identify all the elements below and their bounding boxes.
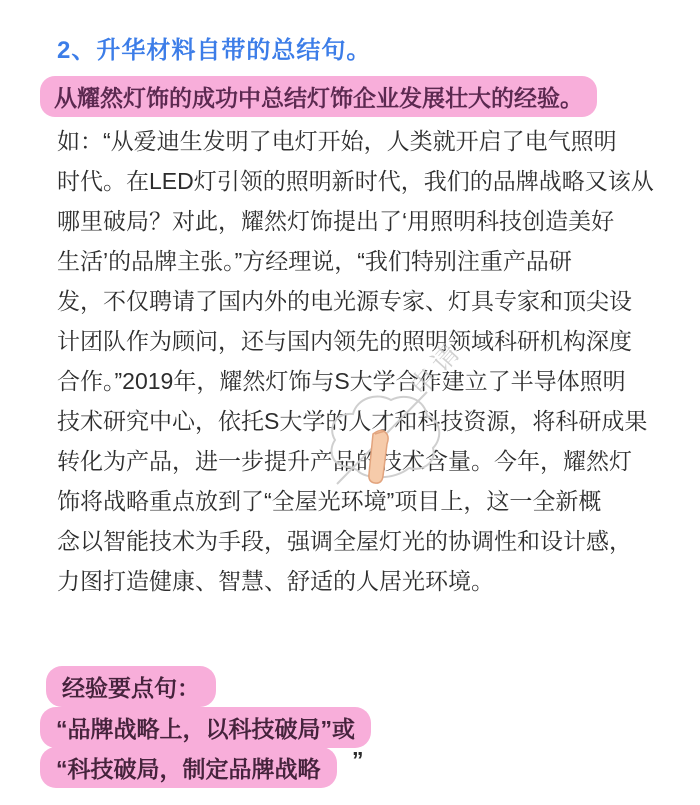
key-point-option-2: “科技破局，制定品牌战略 bbox=[40, 747, 337, 788]
section-heading: 2、升华材料自带的总结句。 bbox=[57, 30, 371, 65]
paragraph-line: 合作。”2019年，耀然灯饰与S大学合作建立了半导体照明 bbox=[57, 361, 654, 401]
paragraph-line: 技术研究中心，依托S大学的人才和科技资源，将科研成果 bbox=[57, 401, 654, 441]
paragraph-line: 转化为产品，进一步提升产品的技术含量。今年，耀然灯 bbox=[57, 441, 654, 481]
paragraph-line: 发，不仅聘请了国内外的电光源专家、灯具专家和顶尖设 bbox=[57, 281, 654, 321]
document-page: 2、升华材料自带的总结句。 从耀然灯饰的成功中总结灯饰企业发展壮大的经验。 如：… bbox=[0, 0, 700, 805]
summary-highlight-line: 从耀然灯饰的成功中总结灯饰企业发展壮大的经验。 bbox=[40, 76, 597, 117]
key-point-option-2-closing-quote: ” bbox=[352, 747, 364, 774]
key-point-option-1: “品牌战略上，以科技破局”或 bbox=[40, 707, 371, 748]
paragraph-line: 生活’的品牌主张。”方经理说，“我们特别注重产品研 bbox=[57, 241, 654, 281]
paragraph-line: 念以智能技术为手段，强调全屋灯光的协调性和设计感， bbox=[57, 521, 654, 561]
paragraph-line: 饰将战略重点放到了“全屋光环境”项目上，这一全新概 bbox=[57, 481, 654, 521]
paragraph: 如：“从爱迪生发明了电灯开始，人类就开启了电气照明 时代。在LED灯引领的照明新… bbox=[57, 121, 654, 601]
key-points-label: 经验要点句： bbox=[46, 666, 216, 707]
paragraph-line: 哪里破局？对此，耀然灯饰提出了‘用照明科技创造美好 bbox=[57, 201, 654, 241]
paragraph-line: 如：“从爱迪生发明了电灯开始，人类就开启了电气照明 bbox=[57, 121, 654, 161]
paragraph-line: 计团队作为顾问，还与国内领先的照明领域科研机构深度 bbox=[57, 321, 654, 361]
paragraph-line: 力图打造健康、智慧、舒适的人居光环境。 bbox=[57, 561, 654, 601]
paragraph-line: 时代。在LED灯引领的照明新时代，我们的品牌战略又该从 bbox=[57, 161, 654, 201]
